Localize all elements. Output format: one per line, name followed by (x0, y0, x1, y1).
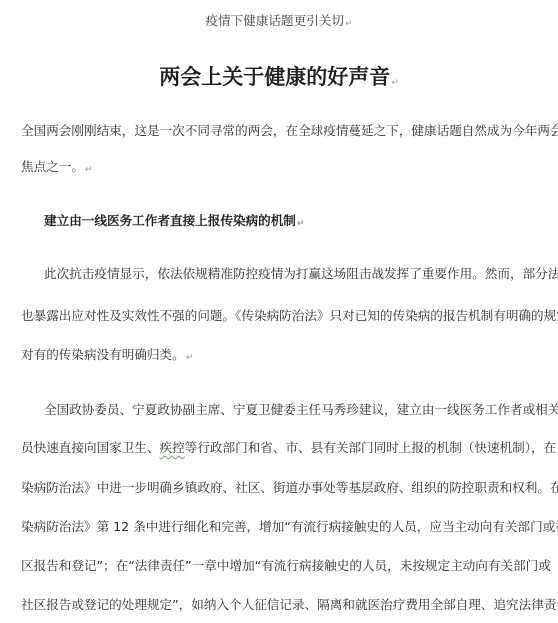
paragraph-2-line-1[interactable]: 此次抗击疫情显示，依法依规精准防控疫情为打赢这场阻击战发挥了重要作用。然而，部分… (44, 266, 558, 282)
spellcheck-underlined-word[interactable]: 疾控 (160, 440, 185, 455)
paragraph-2-line-2[interactable]: 也暴露出应对性及实效性不强的问题。《传染病防治法》只对已知的传染病的报告机制有明… (21, 308, 558, 324)
paragraph-1-line-1[interactable]: 全国两会刚刚结束，这是一次不同寻常的两会，在全球疫情蔓延之下，健康话题自然成为今… (21, 123, 558, 139)
paragraph-3-line-5[interactable]: 区报告和登记”；在“法律责任”一章中增加“有流行病接触史的人员，未按规定主动向有… (21, 558, 551, 574)
line-text: 等行政部门和省、市、县有关部门同时上报的机制（快速机制），在《传 (185, 440, 558, 455)
paragraph-mark-icon: ↵ (297, 219, 305, 229)
paragraph-3-line-4[interactable]: 染病防治法》第 12 条中进行细化和完善，增加“有流行病接触史的人员，应当主动向… (21, 519, 558, 535)
paragraph-mark-icon: ↵ (186, 353, 194, 363)
heading-text: 建立由一线医务工作者直接上报传染病的机制 (44, 213, 296, 228)
paragraph-mark-icon: ↵ (391, 78, 399, 88)
title-text: 两会上关于健康的好声音 (159, 65, 390, 89)
line-text: 焦点之一。 (21, 159, 84, 174)
paragraph-3-line-3[interactable]: 染病防治法》中进一步明确乡镇政府、社区、街道办事处等基层政府、组织的防控职责和权… (21, 480, 558, 496)
paragraph-1-line-2[interactable]: 焦点之一。↵ (21, 159, 93, 178)
document-title[interactable]: 两会上关于健康的好声音↵ (0, 64, 558, 96)
paragraph-3-line-2[interactable]: 员快速直接向国家卫生、疾控等行政部门和省、市、县有关部门同时上报的机制（快速机制… (21, 440, 558, 456)
document-subtitle[interactable]: 疫情下健康话题更引关切↵ (0, 13, 558, 32)
section-heading[interactable]: 建立由一线医务工作者直接上报传染病的机制↵ (44, 213, 304, 232)
subtitle-text: 疫情下健康话题更引关切 (205, 13, 344, 28)
paragraph-3-line-1[interactable]: 全国政协委员、宁夏政协副主席、宁夏卫健委主任马秀珍建议，建立由一线医务工作者或相… (44, 402, 558, 418)
document-page: 疫情下健康话题更引关切↵ 两会上关于健康的好声音↵ 全国两会刚刚结束，这是一次不… (0, 0, 558, 623)
paragraph-3-line-6[interactable]: 社区报告或登记的处理规定”，如纳入个人征信记录、隔离和就医治疗费用全部自理、追究… (21, 597, 558, 613)
paragraph-2-line-3[interactable]: 对有的传染病没有明确归类。↵ (21, 347, 193, 366)
line-text: 员快速直接向国家卫生、 (21, 440, 160, 455)
paragraph-mark-icon: ↵ (85, 165, 93, 175)
line-text: 对有的传染病没有明确归类。 (21, 347, 185, 362)
paragraph-mark-icon: ↵ (345, 19, 353, 29)
